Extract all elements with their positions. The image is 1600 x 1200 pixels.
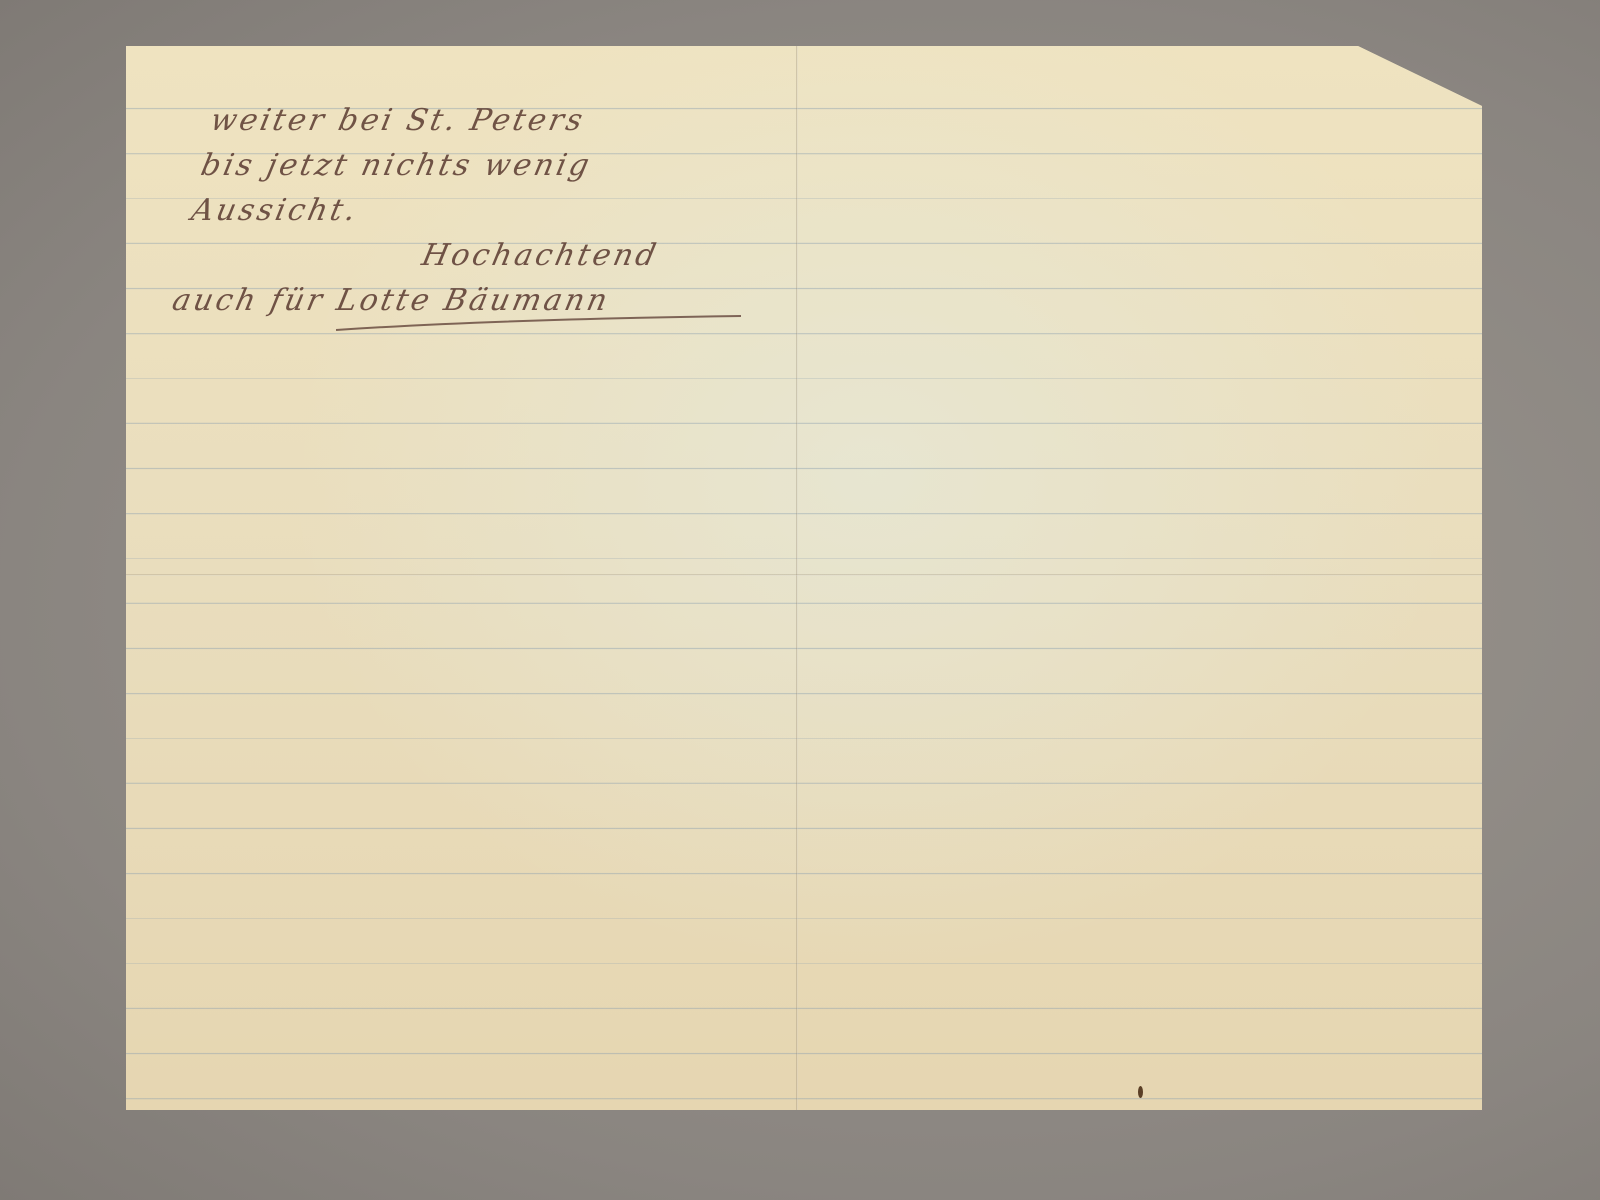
handwriting-line-3: Aussicht. [187, 188, 757, 233]
letter-paper: weiter bei St. Peters bis jetzt nichts w… [126, 46, 1482, 1110]
handwritten-text: weiter bei St. Peters bis jetzt nichts w… [168, 98, 776, 323]
signature-flourish-icon [336, 304, 746, 334]
ink-spot [1138, 1086, 1143, 1098]
vertical-fold-crease [796, 46, 798, 1110]
horizontal-fold-crease [126, 574, 1482, 576]
handwriting-line-2: bis jetzt nichts wenig [197, 143, 767, 188]
handwriting-line-1: weiter bei St. Peters [206, 98, 776, 143]
handwriting-closing: Hochachtend [178, 233, 748, 278]
